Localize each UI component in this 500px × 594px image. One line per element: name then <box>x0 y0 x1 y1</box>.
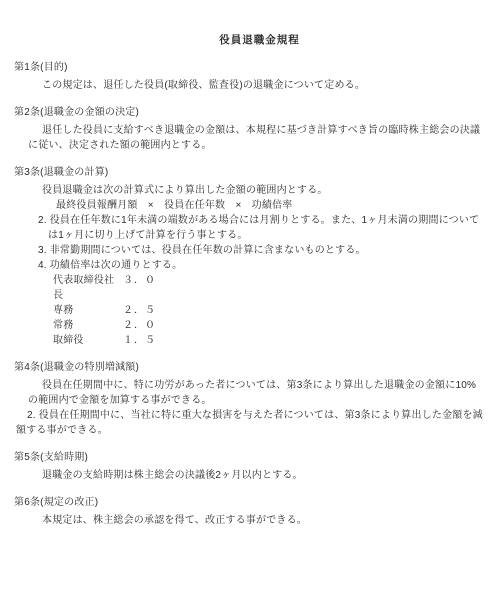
article-1-heading: 第1条(目的) <box>14 60 485 75</box>
rate-row-director: 取締役 １．５ <box>53 333 485 348</box>
article-3-item-4: 4. 功績倍率は次の通りとする。 <box>38 258 485 273</box>
article-1-purpose: 第1条(目的) この規定は、退任した役員(取締役、監査役)の退職金について定める… <box>14 60 485 93</box>
rate-value: １．５ <box>123 333 156 348</box>
rate-row-president: 代表取締役社長 ３．０ <box>53 273 485 303</box>
article-3-item-3: 3. 非常勤期間については、役員在任年数の計算に含まないものとする。 <box>38 243 485 258</box>
article-5-heading: 第5条(支給時期) <box>14 450 485 465</box>
article-3-calculation: 第3条(退職金の計算) 役員退職金は次の計算式により算出した金額の範囲内とする。… <box>14 165 485 348</box>
rate-role-label: 取締役 <box>53 333 123 348</box>
article-4-heading: 第4条(退職金の特別増減額) <box>14 360 485 375</box>
rate-row-senior-managing-director: 専務 ２．５ <box>53 303 485 318</box>
rate-role-label: 常務 <box>53 318 123 333</box>
article-4-item-2: 2. 役員在任期間中に、当社に特に重大な損害を与えた者については、第3条により算… <box>16 408 485 438</box>
retirement-pay-formula: 最終役員報酬月額 × 役員在任年数 × 功績倍率 <box>56 198 485 213</box>
article-3-item-2: 2. 役員在任年数に1年未満の端数がある場合には月割りとする。また、1ヶ月未満の… <box>38 213 485 243</box>
article-4-body: 役員在任期間中に、特に功労があった者については、第3条により算出した退職金の金額… <box>28 378 485 408</box>
rate-value: ２．０ <box>123 318 156 333</box>
rate-row-managing-director: 常務 ２．０ <box>53 318 485 333</box>
regulation-document-page: 役員退職金規程 第1条(目的) この規定は、退任した役員(取締役、監査役)の退職… <box>0 0 500 594</box>
rate-role-label: 専務 <box>53 303 123 318</box>
article-6-body: 本規定は、株主総会の承認を得て、改正する事ができる。 <box>28 513 485 528</box>
article-5-payment-timing: 第5条(支給時期) 退職金の支給時期は株主総会の決議後2ヶ月以内とする。 <box>14 450 485 483</box>
document-title: 役員退職金規程 <box>34 33 485 48</box>
merit-rate-table: 代表取締役社長 ３．０ 専務 ２．５ 常務 ２．０ 取締役 １．５ <box>53 273 485 348</box>
rate-role-label: 代表取締役社長 <box>53 273 123 303</box>
article-1-body: この規定は、退任した役員(取締役、監査役)の退職金について定める。 <box>28 78 485 93</box>
article-2-heading: 第2条(退職金の金額の決定) <box>14 105 485 120</box>
article-5-body: 退職金の支給時期は株主総会の決議後2ヶ月以内とする。 <box>28 468 485 483</box>
article-6-revision: 第6条(規定の改正) 本規定は、株主総会の承認を得て、改正する事ができる。 <box>14 495 485 528</box>
article-4-special-adjustment: 第4条(退職金の特別増減額) 役員在任期間中に、特に功労があった者については、第… <box>14 360 485 438</box>
article-3-heading: 第3条(退職金の計算) <box>14 165 485 180</box>
article-6-heading: 第6条(規定の改正) <box>14 495 485 510</box>
article-2-body: 退任した役員に支給すべき退職金の金額は、本規程に基づき計算すべき旨の臨時株主総会… <box>28 123 485 153</box>
rate-value: ３．０ <box>123 273 156 303</box>
rate-value: ２．５ <box>123 303 156 318</box>
article-2-amount-determination: 第2条(退職金の金額の決定) 退任した役員に支給すべき退職金の金額は、本規程に基… <box>14 105 485 153</box>
article-3-body: 役員退職金は次の計算式により算出した金額の範囲内とする。 <box>28 183 485 198</box>
